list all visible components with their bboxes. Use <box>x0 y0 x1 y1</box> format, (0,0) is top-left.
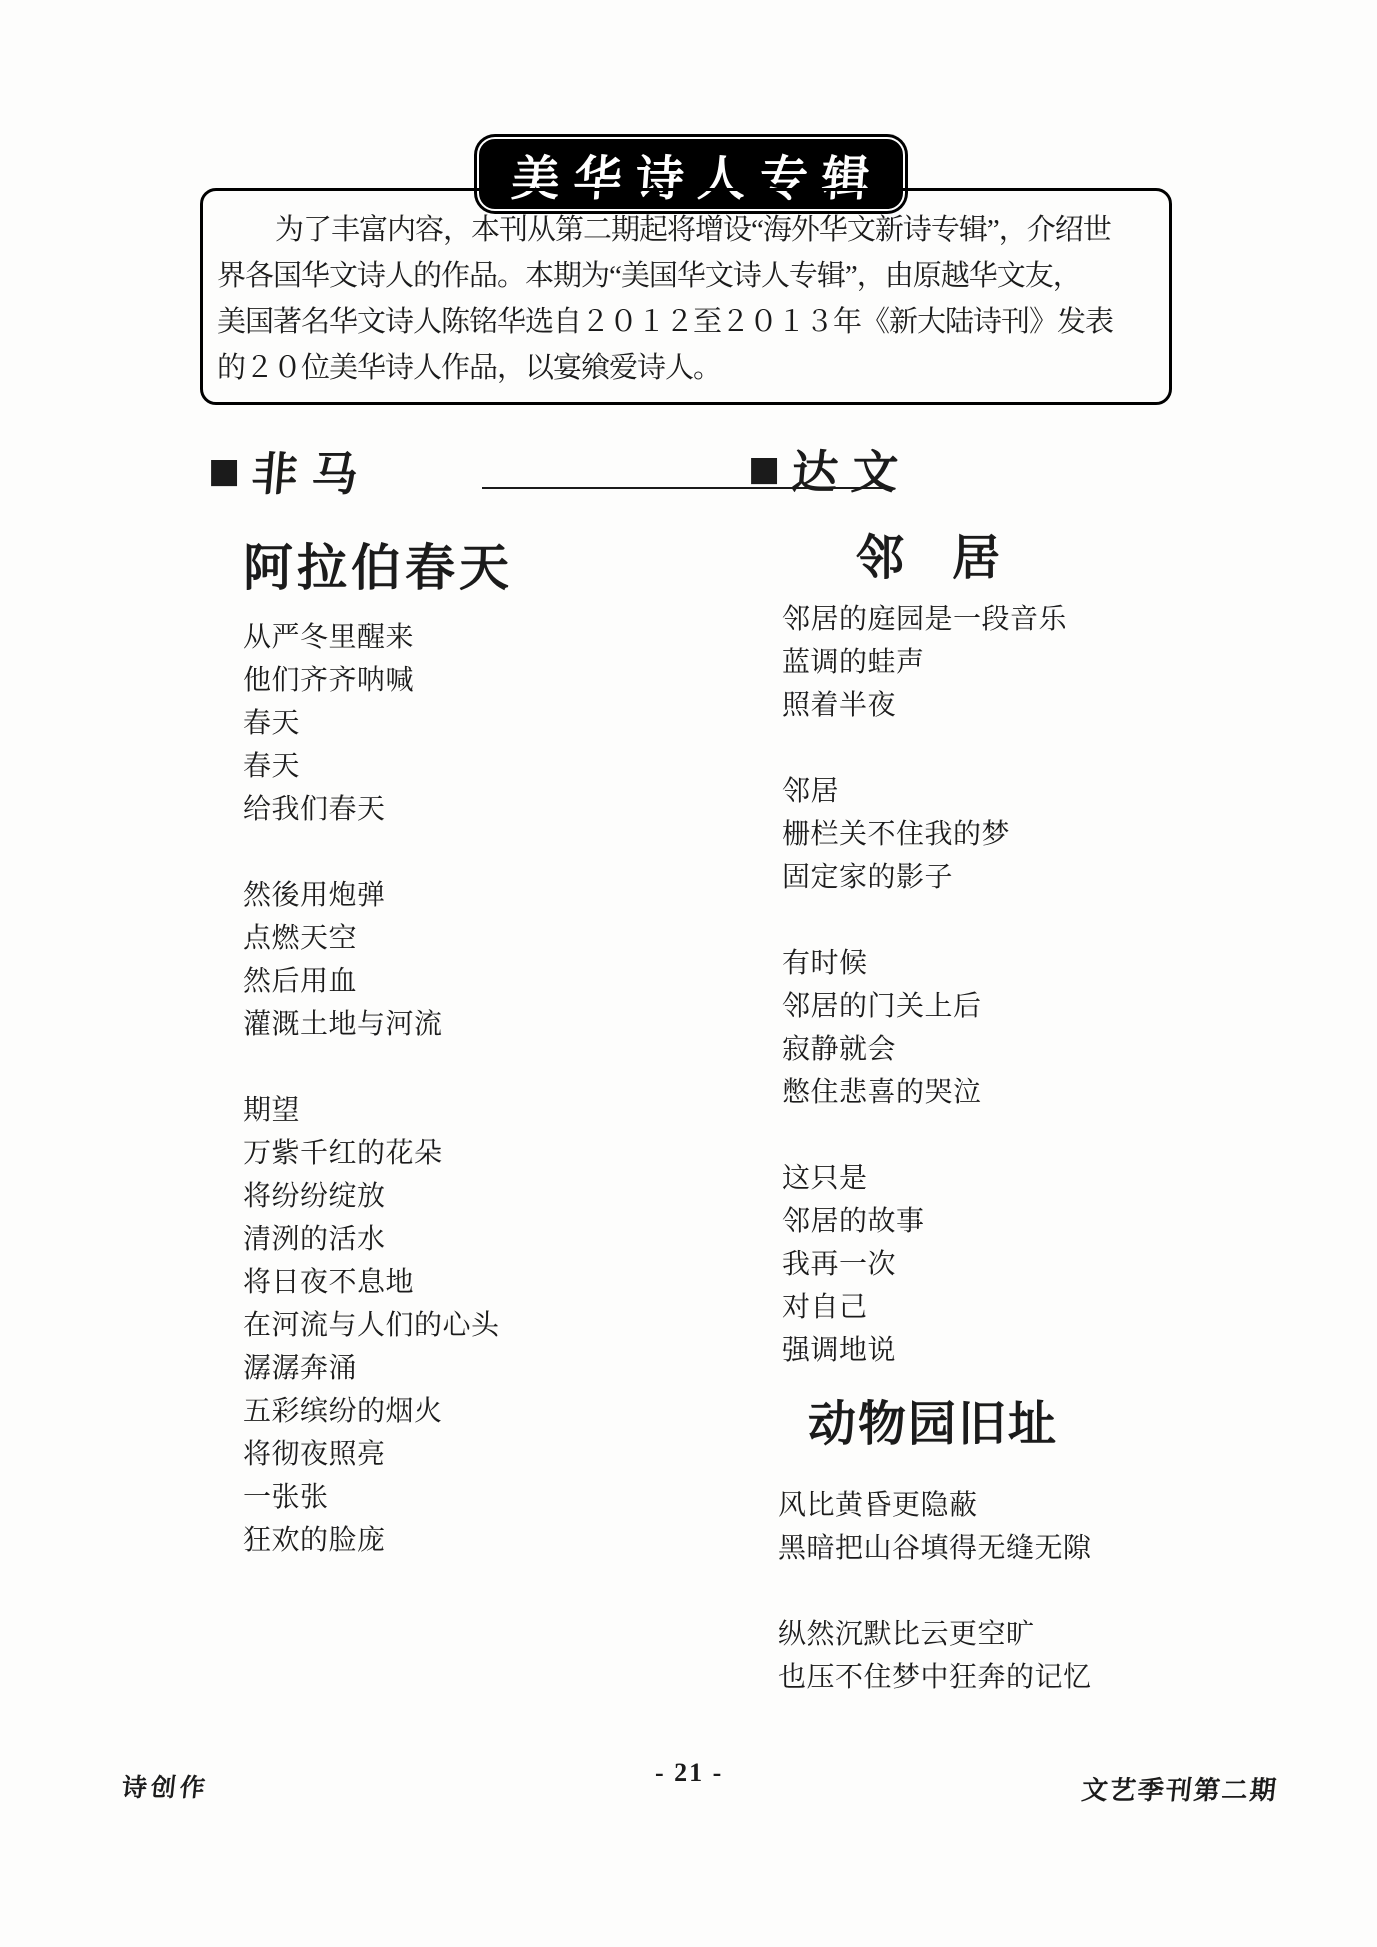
magazine-page: 美华诗人专辑 为了丰富内容，本刊从第二期起将增设“海外华文新诗专辑”，介绍世 界… <box>0 0 1377 1947</box>
poem-line: 将日夜不息地 <box>243 1261 663 1304</box>
intro-line: 的２０位美华诗人作品，以宴飨爱诗人。 <box>217 345 1157 391</box>
poem-neighbor: 邻 居 邻居的庭园是一段音乐蓝调的蛙声照着半夜邻居栅栏关不住我的梦固定家的影子有… <box>782 532 1074 1372</box>
poem-line: 给我们春天 <box>243 788 663 831</box>
poem-line: 照着半夜 <box>782 684 1074 727</box>
poem-line: 纵然沉默比云更空旷 <box>778 1613 1088 1656</box>
poem-line: 对自己 <box>782 1286 1074 1329</box>
poem-stanza: 纵然沉默比云更空旷也压不住梦中狂奔的记忆 <box>778 1613 1088 1699</box>
poem-line: 万紫千红的花朵 <box>243 1132 663 1175</box>
poem-line: 邻居的故事 <box>782 1200 1074 1243</box>
column-divider-line <box>482 487 893 489</box>
poem-zoo-site: 动物园旧址 风比黄昏更隐蔽黑暗把山谷填得无缝无隙纵然沉默比云更空旷也压不住梦中狂… <box>778 1398 1088 1699</box>
poem-line: 寂静就会 <box>782 1028 1074 1071</box>
poem-line: 春天 <box>243 745 663 788</box>
poem-line: 灌溉土地与河流 <box>243 1003 663 1046</box>
poem-line: 潺潺奔涌 <box>243 1347 663 1390</box>
poem-line: 邻居 <box>782 770 1074 813</box>
poem-stanza: 邻居栅栏关不住我的梦固定家的影子 <box>782 770 1074 899</box>
poem-line: 将彻夜照亮 <box>243 1433 663 1476</box>
poem-title: 邻 居 <box>782 532 1074 586</box>
author-name-left: 非马 <box>249 438 375 504</box>
author-header-left: ■ 非马 <box>208 438 372 504</box>
poem-line: 栅栏关不住我的梦 <box>782 813 1074 856</box>
poem-stanza: 期望万紫千红的花朵将纷纷绽放清洌的活水将日夜不息地在河流与人们的心头潺潺奔涌五彩… <box>243 1089 663 1562</box>
poem-line: 点燃天空 <box>243 917 663 960</box>
poem-stanza: 有时候邻居的门关上后寂静就会憋住悲喜的哭泣 <box>782 942 1074 1114</box>
poem-line: 清洌的活水 <box>243 1218 663 1261</box>
page-number: - 21 - <box>655 1758 723 1788</box>
poem-line: 也压不住梦中狂奔的记忆 <box>778 1656 1088 1699</box>
poem-title: 阿拉伯春天 <box>243 540 663 596</box>
poem-line: 我再一次 <box>782 1243 1074 1286</box>
intro-line: 为了丰富内容，本刊从第二期起将增设“海外华文新诗专辑”，介绍世 <box>217 207 1157 253</box>
author-header-right: ■ 达文 <box>748 436 912 502</box>
poem-line: 固定家的影子 <box>782 856 1074 899</box>
poem-line: 一张张 <box>243 1476 663 1519</box>
poem-line: 有时候 <box>782 942 1074 985</box>
poem-line: 然后用血 <box>243 960 663 1003</box>
poem-line: 春天 <box>243 702 663 745</box>
poem-stanza: 从严冬里醒来他们齐齐呐喊春天春天给我们春天 <box>243 616 663 831</box>
square-bullet-icon: ■ <box>748 452 780 486</box>
poem-body: 邻居的庭园是一段音乐蓝调的蛙声照着半夜邻居栅栏关不住我的梦固定家的影子有时候邻居… <box>782 598 1074 1372</box>
square-bullet-icon: ■ <box>208 454 240 488</box>
poem-stanza: 然後用炮弹点燃天空然后用血灌溉土地与河流 <box>243 874 663 1046</box>
poem-stanza: 这只是邻居的故事我再一次对自己强调地说 <box>782 1157 1074 1372</box>
poem-line: 将纷纷绽放 <box>243 1175 663 1218</box>
poem-line: 蓝调的蛙声 <box>782 641 1074 684</box>
poem-line: 邻居的庭园是一段音乐 <box>782 598 1074 641</box>
poem-line: 五彩缤纷的烟火 <box>243 1390 663 1433</box>
footer-journal-label: 文艺季刊第二期 <box>1080 1770 1280 1807</box>
footer-section-label: 诗创作 <box>120 1768 211 1804</box>
poem-line: 从严冬里醒来 <box>243 616 663 659</box>
poem-stanza: 邻居的庭园是一段音乐蓝调的蛙声照着半夜 <box>782 598 1074 727</box>
poem-line: 在河流与人们的心头 <box>243 1304 663 1347</box>
intro-box: 为了丰富内容，本刊从第二期起将增设“海外华文新诗专辑”，介绍世 界各国华文诗人的… <box>200 188 1172 405</box>
poem-line: 狂欢的脸庞 <box>243 1519 663 1562</box>
poem-body: 从严冬里醒来他们齐齐呐喊春天春天给我们春天然後用炮弹点燃天空然后用血灌溉土地与河… <box>243 616 663 1562</box>
poem-line: 强调地说 <box>782 1329 1074 1372</box>
poem-title: 动物园旧址 <box>778 1398 1088 1452</box>
poem-line: 风比黄昏更隐蔽 <box>778 1484 1088 1527</box>
author-name-right: 达文 <box>789 436 915 502</box>
poem-line: 憋住悲喜的哭泣 <box>782 1071 1074 1114</box>
poem-arab-spring: 阿拉伯春天 从严冬里醒来他们齐齐呐喊春天春天给我们春天然後用炮弹点燃天空然后用血… <box>243 540 663 1562</box>
poem-body: 风比黄昏更隐蔽黑暗把山谷填得无缝无隙纵然沉默比云更空旷也压不住梦中狂奔的记忆 <box>778 1484 1088 1699</box>
intro-line: 界各国华文诗人的作品。本期为“美国华文诗人专辑”，由原越华文友， <box>217 253 1157 299</box>
poem-line: 这只是 <box>782 1157 1074 1200</box>
poem-line: 黑暗把山谷填得无缝无隙 <box>778 1527 1088 1570</box>
poem-line: 期望 <box>243 1089 663 1132</box>
poem-line: 然後用炮弹 <box>243 874 663 917</box>
intro-line: 美国著名华文诗人陈铭华选自２０１２至２０１３年《新大陆诗刊》发表 <box>217 299 1157 345</box>
poem-stanza: 风比黄昏更隐蔽黑暗把山谷填得无缝无隙 <box>778 1484 1088 1570</box>
poem-line: 邻居的门关上后 <box>782 985 1074 1028</box>
poem-line: 他们齐齐呐喊 <box>243 659 663 702</box>
